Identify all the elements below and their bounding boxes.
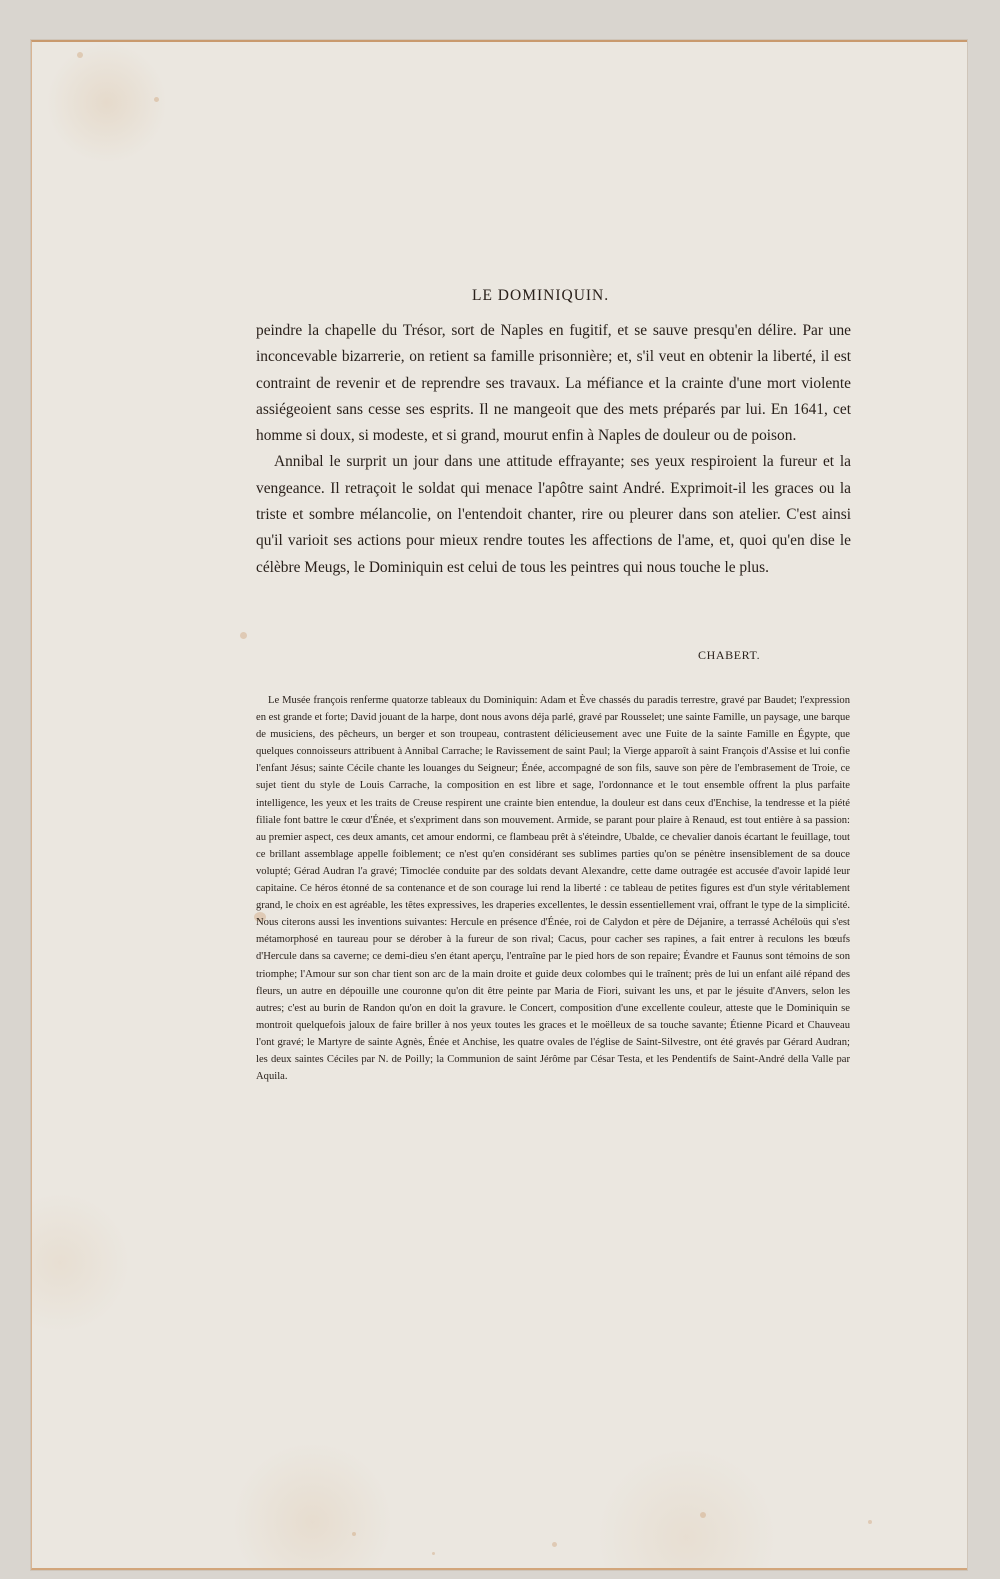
foxing-stain xyxy=(352,1532,356,1536)
foxing-stain xyxy=(77,52,83,58)
foxing-stain xyxy=(868,1520,872,1524)
foxing-stain xyxy=(552,1542,557,1547)
foxing-stain xyxy=(432,1552,435,1555)
page-title-text: LE DOMINIQUIN. xyxy=(472,287,609,305)
foxing-stain xyxy=(240,632,247,639)
author-signature: CHABERT. xyxy=(698,648,760,663)
footnote: Le Musée françois renferme quatorze tabl… xyxy=(256,692,850,1085)
paragraph-2: Annibal le surprit un jour dans une atti… xyxy=(256,449,851,580)
footnote-text: Le Musée françois renferme quatorze tabl… xyxy=(256,692,850,1085)
foxing-stain xyxy=(700,1512,706,1518)
main-text: peindre la chapelle du Trésor, sort de N… xyxy=(256,318,851,581)
foxing-stain xyxy=(154,97,159,102)
paragraph-1: peindre la chapelle du Trésor, sort de N… xyxy=(256,318,851,449)
